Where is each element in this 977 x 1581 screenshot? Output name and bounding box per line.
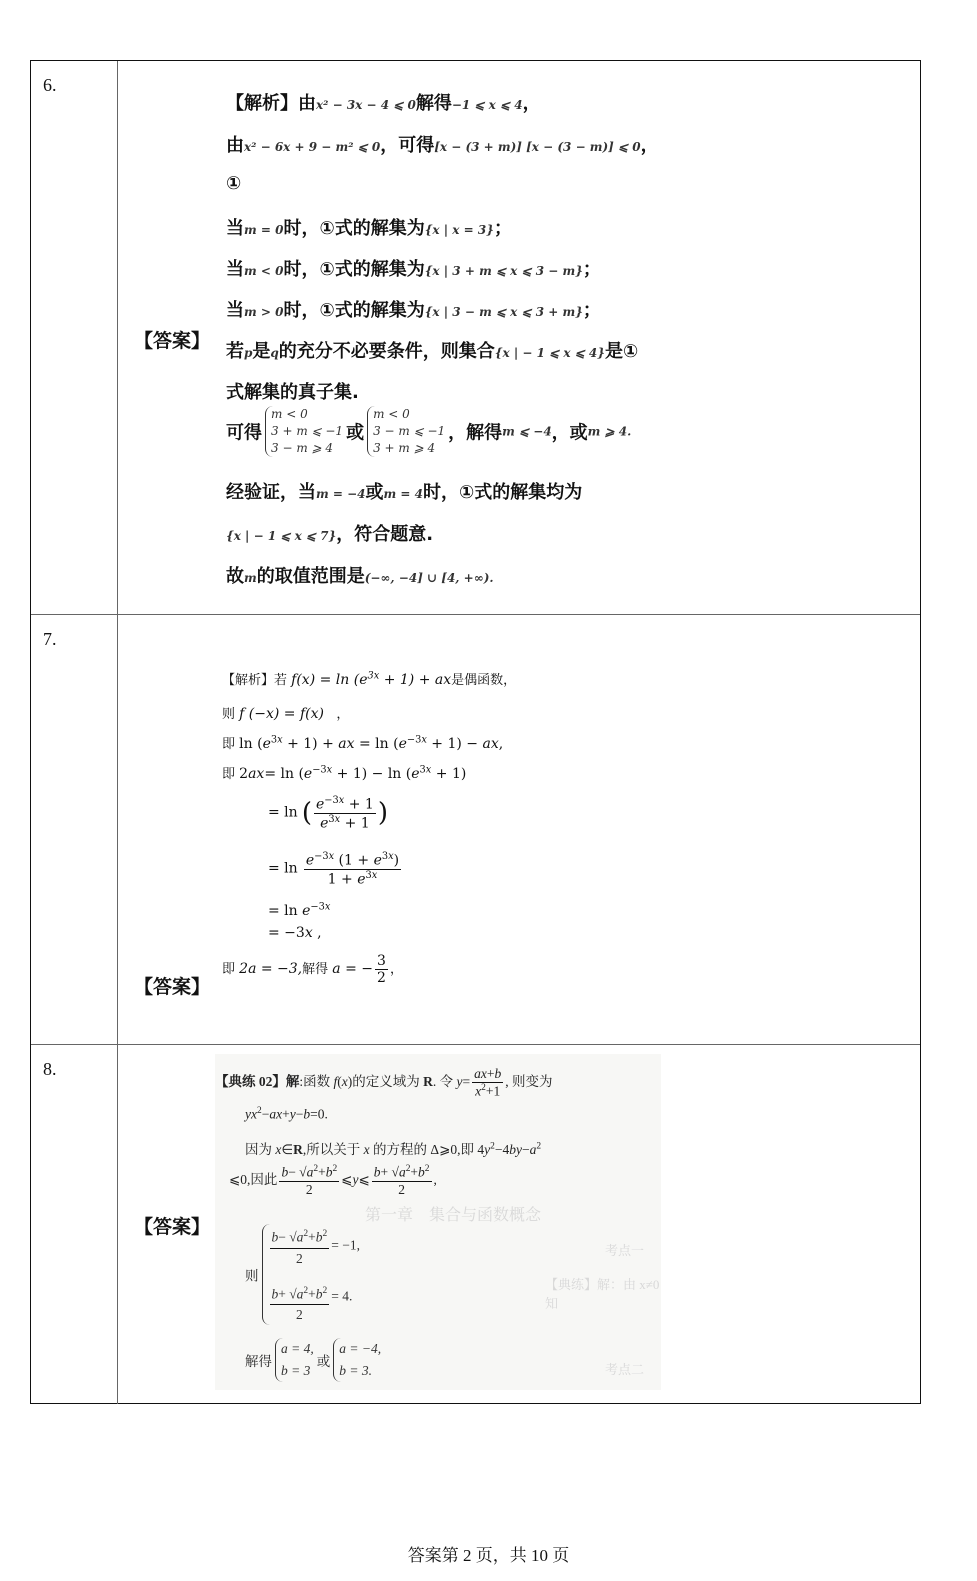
solution-line: 式解集的真子集. — [226, 378, 359, 404]
scanned-solution-image: 第一章 集合与函数概念 考点一 【典练】解：由 x≠0 知 考点二 【典练 02… — [215, 1054, 661, 1390]
problem-number: 8. — [43, 1059, 57, 1080]
equation-system: m < 03 + m ⩽ −13 − m ⩾ 4 — [265, 406, 343, 457]
bleed-through-text: 考点一 — [605, 1240, 644, 1259]
bleed-through-text: 考点二 — [605, 1359, 644, 1378]
solution-line: 由x² − 6x + 9 − m² ⩽ 0，可得[x − (3 + m)] [x… — [226, 131, 659, 157]
answer-cell: 【答案】 【解析】由x² − 3x − 4 ⩽ 0解得−1 ⩽ x ⩽ 4， 由… — [118, 61, 920, 614]
solution-line: 当m = 0时，①式的解集为{x | x = 3}； — [226, 214, 512, 240]
solution-line: 即 2ax= ln (e−3x + 1) − ln (e3x + 1) — [222, 763, 466, 782]
solution-line: 即 ln (e3x + 1) + ax = ln (e−3x + 1) − ax… — [222, 733, 503, 752]
answer-label: 【答案】 — [134, 326, 210, 353]
solution-line: 即 2a = −3,解得 a = −32， — [222, 953, 403, 986]
bleed-through-text: 【典练】解：由 x≠0 知 — [545, 1274, 661, 1312]
solution-line: 经验证，当m = −4或m = 4时，①式的解集均为 — [226, 478, 582, 504]
scan-line: yx2−ax+y−b=0. — [245, 1106, 328, 1123]
solution-line: = −3x , — [268, 925, 322, 941]
number-cell: 6. — [31, 61, 118, 614]
problem-number: 7. — [43, 629, 57, 650]
answer-cell: 【答案】 【解析】若 f(x) = ln (e3x + 1) + ax是偶函数，… — [118, 615, 920, 1045]
answer-label: 【答案】 — [134, 972, 210, 999]
answer-label: 【答案】 — [134, 1212, 210, 1239]
solution-line: 若p是q的充分不必要条件，则集合{x | − 1 ⩽ x ⩽ 4}是① — [226, 337, 638, 363]
solution-line: 故m的取值范围是(−∞, −4] ∪ [4, +∞). — [226, 562, 494, 588]
page-footer: 答案第 2 页，共 10 页 — [0, 1541, 977, 1566]
solution-line-system: 可得m < 03 + m ⩽ −13 − m ⩾ 4或m < 03 − m ⩽ … — [226, 406, 631, 457]
scan-line: 【典练 02】解:函数 f(x)的定义域为 R. 令 y=ax+bx2+1, 则… — [215, 1066, 553, 1100]
scan-line-system: 则 b− √a2+b22= −1, b+ √a2+b22= 4. — [245, 1224, 363, 1325]
solution-line: {x | − 1 ⩽ x ⩽ 7}，符合题意. — [226, 520, 433, 546]
bleed-through-text: 第一章 集合与函数概念 — [365, 1202, 541, 1225]
solution-line-fraction: = ln (e−3x + 1e3x + 1) — [268, 795, 388, 831]
solution-line: ① — [226, 173, 241, 194]
solution-line: 则 f (−x) = f(x) ， — [222, 703, 349, 722]
solution-line: 当m < 0时，①式的解集为{x | 3 + m ⩽ x ⩽ 3 − m}； — [226, 255, 601, 281]
solution-line: = ln e−3x — [268, 901, 330, 919]
equation-system: m < 03 − m ⩽ −13 + m ⩾ 4 — [367, 406, 445, 457]
scan-line-system: 解得a = 4,b = 3或a = −4,b = 3. — [245, 1338, 384, 1382]
number-cell: 7. — [31, 615, 118, 1045]
solution-line: 当m > 0时，①式的解集为{x | 3 − m ⩽ x ⩽ 3 + m}； — [226, 296, 601, 322]
scan-line: ⩽0,因此b− √a2+b22⩽y⩽b+ √a2+b22, — [229, 1164, 437, 1198]
scan-line: 因为 x∈R,所以关于 x 的方程的 Δ⩾0,即 4y2−4by−a2 — [245, 1138, 541, 1158]
problem-number: 6. — [43, 75, 57, 96]
table-row-6: 6. 【答案】 【解析】由x² − 3x − 4 ⩽ 0解得−1 ⩽ x ⩽ 4… — [31, 61, 920, 614]
solution-line: 【解析】若 f(x) = ln (e3x + 1) + ax是偶函数， — [222, 669, 516, 688]
table-row-7: 7. 【答案】 【解析】若 f(x) = ln (e3x + 1) + ax是偶… — [31, 614, 920, 1045]
solution-line-fraction: = ln e−3x (1 + e3x)1 + e3x — [268, 851, 403, 887]
number-cell: 8. — [31, 1045, 118, 1404]
solution-line: 【解析】由x² − 3x − 4 ⩽ 0解得−1 ⩽ x ⩽ 4， — [226, 89, 541, 115]
